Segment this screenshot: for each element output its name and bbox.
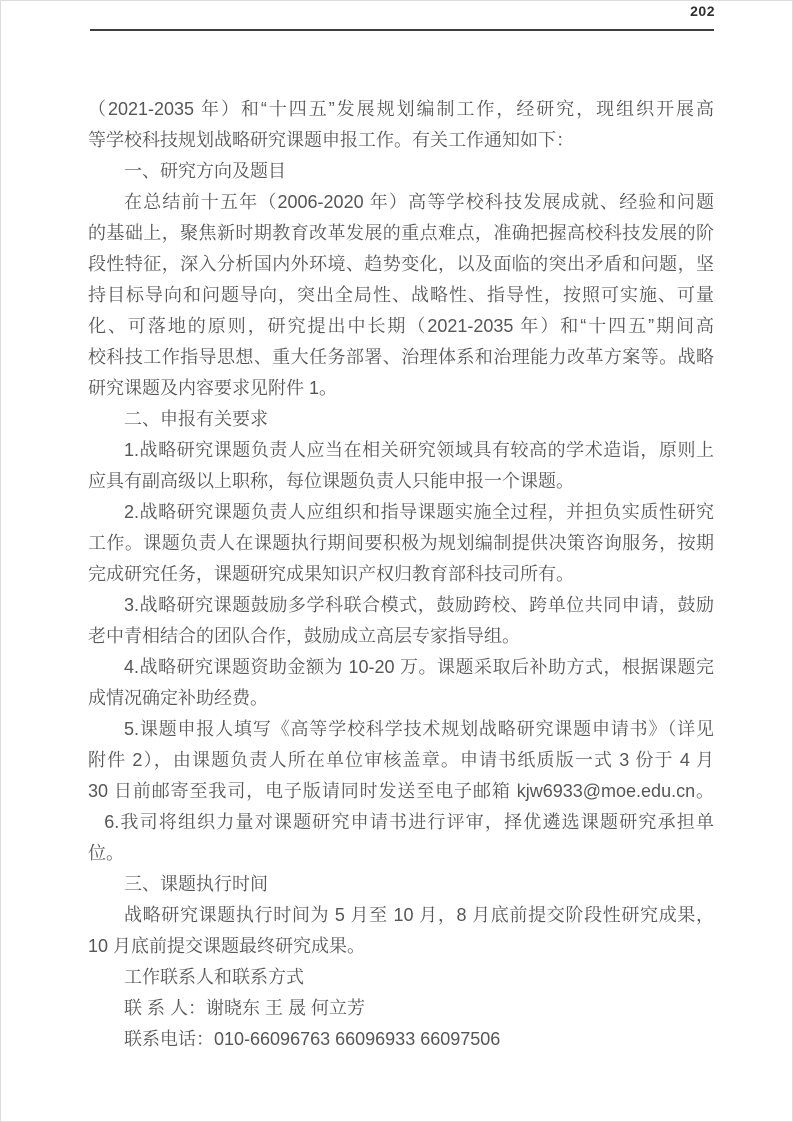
text-line: 工作联系人和联系方式 bbox=[88, 962, 714, 993]
text-line: （2021-2035 年）和“十四五”发展规划编制工作，经研究，现组织开展高 bbox=[88, 94, 714, 125]
text-line: 工作。课题负责人在课题执行期间要积极为规划编制提供决策咨询服务，按期 bbox=[88, 528, 714, 559]
text-line: 二、申报有关要求 bbox=[88, 404, 714, 435]
text-line: 应具有副高级以上职称，每位课题负责人只能申报一个课题。 bbox=[88, 466, 714, 497]
text-line: 5.课题申报人填写《高等学校科学技术规划战略研究课题申请书》（详见 bbox=[88, 714, 714, 745]
text-line: 段性特征，深入分析国内外环境、趋势变化，以及面临的突出矛盾和问题，坚 bbox=[88, 249, 714, 280]
text-line: 2.战略研究课题负责人应组织和指导课题实施全过程，并担负实质性研究 bbox=[88, 497, 714, 528]
text-line: 4.战略研究课题资助金额为 10-20 万。课题采取后补助方式，根据课题完 bbox=[88, 652, 714, 683]
page-number: 202 bbox=[690, 3, 715, 19]
text-line: 30 日前邮寄至我司，电子版请同时发送至电子邮箱 kjw6933@moe.edu… bbox=[88, 776, 714, 807]
text-line: 持目标导向和问题导向，突出全局性、战略性、指导性，按照可实施、可量 bbox=[88, 280, 714, 311]
text-line: 成情况确定补助经费。 bbox=[88, 683, 714, 714]
text-line: 校科技工作指导思想、重大任务部署、治理体系和治理能力改革方案等。战略 bbox=[88, 342, 714, 373]
text-line: 附件 2），由课题负责人所在单位审核盖章。申请书纸质版一式 3 份于 4 月 bbox=[88, 745, 714, 776]
text-line: 的基础上，聚焦新时期教育改革发展的重点难点，准确把握高校科技发展的阶 bbox=[88, 218, 714, 249]
text-line: 化、可落地的原则，研究提出中长期（2021-2035 年）和“十四五”期间高 bbox=[88, 311, 714, 342]
text-line: 完成研究任务，课题研究成果知识产权归教育部科技司所有。 bbox=[88, 559, 714, 590]
document-content: （2021-2035 年）和“十四五”发展规划编制工作，经研究，现组织开展高等学… bbox=[88, 94, 714, 1055]
document-page: 202 （2021-2035 年）和“十四五”发展规划编制工作，经研究，现组织开… bbox=[0, 0, 793, 1122]
text-line: 联 系 人：谢晓东 王 晟 何立芳 bbox=[88, 993, 714, 1024]
text-line: 1.战略研究课题负责人应当在相关研究领域具有较高的学术造诣，原则上 bbox=[88, 435, 714, 466]
text-line: 联系电话：010-66096763 66096933 66097506 bbox=[88, 1024, 714, 1055]
text-line: 战略研究课题执行时间为 5 月至 10 月，8 月底前提交阶段性研究成果， bbox=[88, 900, 714, 931]
text-line: 老中青相结合的团队合作，鼓励成立高层专家指导组。 bbox=[88, 621, 714, 652]
text-line: 10 月底前提交课题最终研究成果。 bbox=[88, 931, 714, 962]
header-rule bbox=[90, 29, 714, 31]
text-line: 3.战略研究课题鼓励多学科联合模式，鼓励跨校、跨单位共同申请，鼓励 bbox=[88, 590, 714, 621]
text-line: 研究课题及内容要求见附件 1。 bbox=[88, 373, 714, 404]
text-line: 等学校科技规划战略研究课题申报工作。有关工作通知如下： bbox=[88, 125, 714, 156]
text-line: 在总结前十五年（2006-2020 年）高等学校科技发展成就、经验和问题 bbox=[88, 187, 714, 218]
text-line: 一、研究方向及题目 bbox=[88, 156, 714, 187]
text-line: 6.我司将组织力量对课题研究申请书进行评审，择优遴选课题研究承担单 bbox=[88, 807, 714, 838]
text-line: 位。 bbox=[88, 838, 714, 869]
text-line: 三、课题执行时间 bbox=[88, 869, 714, 900]
